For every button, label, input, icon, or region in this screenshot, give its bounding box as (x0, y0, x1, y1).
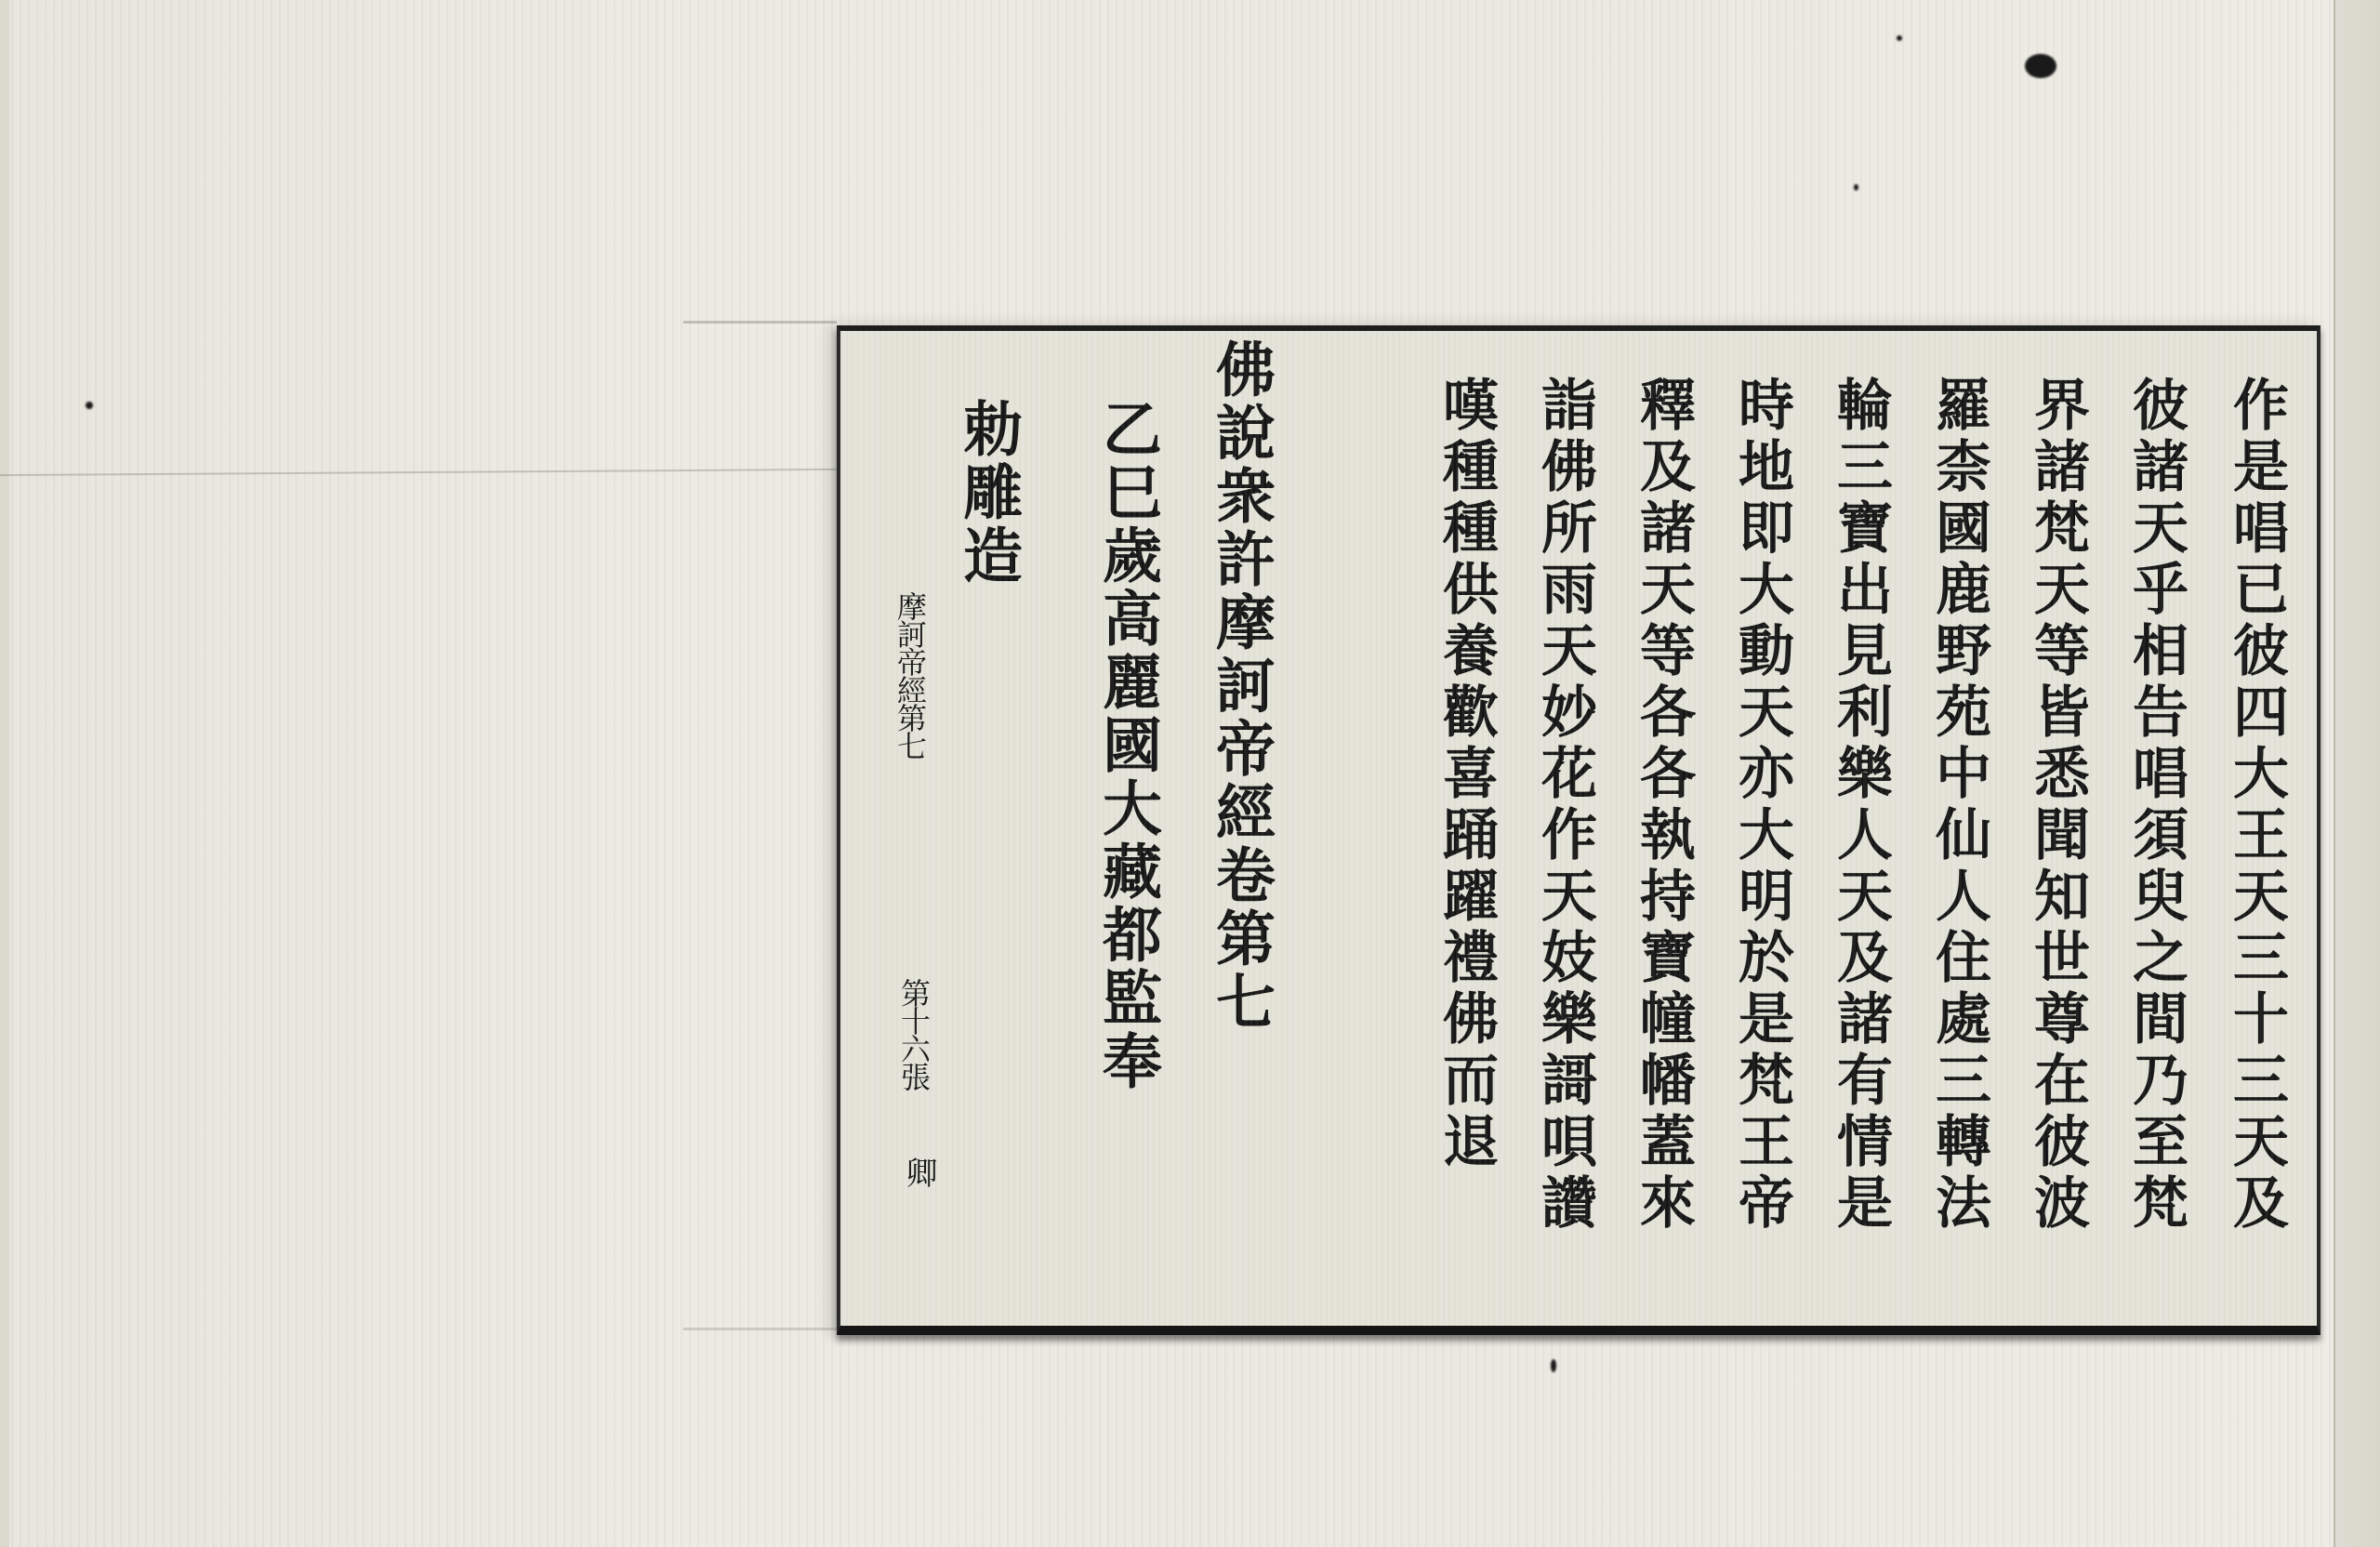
text-column-1: 作是唱已彼四大王天三十三天及 (2216, 376, 2296, 1235)
margin-abbreviated-title: 摩訶帝經第七 (889, 591, 932, 759)
ghost-frame-impression (683, 321, 837, 1330)
colophon-line-1: 乙巳歲高麗國大藏都監奉 (1084, 398, 1170, 1093)
ink-stain-top (2025, 54, 2056, 78)
text-column-4: 羅柰國鹿野苑中仙人住處三轉法 (1919, 376, 1999, 1235)
colophon-line-2: 勅雕造 (945, 398, 1030, 588)
text-column-9: 嘆種種供養歡喜踊躍禮佛而退 (1426, 376, 1506, 1173)
text-column-8: 詣佛所雨天妙花作天妓樂謌唄讚 (1525, 376, 1605, 1235)
ink-speck (1854, 184, 1858, 191)
text-column-7: 釋及諸天等各各執持寶幢幡蓋來 (1623, 376, 1703, 1235)
right-paper-edge (2334, 0, 2380, 1547)
ink-speck (86, 402, 93, 409)
margin-leaf-number: 第十六張 (892, 978, 935, 1090)
text-column-2: 彼諸天乎相告唱須臾之間乃至梵 (2116, 376, 2196, 1235)
sutra-title: 佛說衆許摩訶帝經卷第七 (1197, 338, 1283, 1034)
ink-speck (1551, 1359, 1556, 1372)
margin-carver-mark: 卿 (896, 1157, 942, 1188)
text-column-5: 輪三寶出見利樂人天及諸有情是 (1820, 376, 1900, 1235)
ink-stain-top-small (1897, 35, 1902, 41)
left-paper-edge (0, 0, 9, 1547)
printed-text-block: 作是唱已彼四大王天三十三天及 彼諸天乎相告唱須臾之間乃至梵 界諸梵天等皆悉聞知世… (837, 325, 2320, 1335)
text-column-6: 時地即大動天亦大明於是梵王帝 (1722, 376, 1802, 1235)
text-column-3: 界諸梵天等皆悉聞知世尊在彼波 (2017, 376, 2097, 1235)
